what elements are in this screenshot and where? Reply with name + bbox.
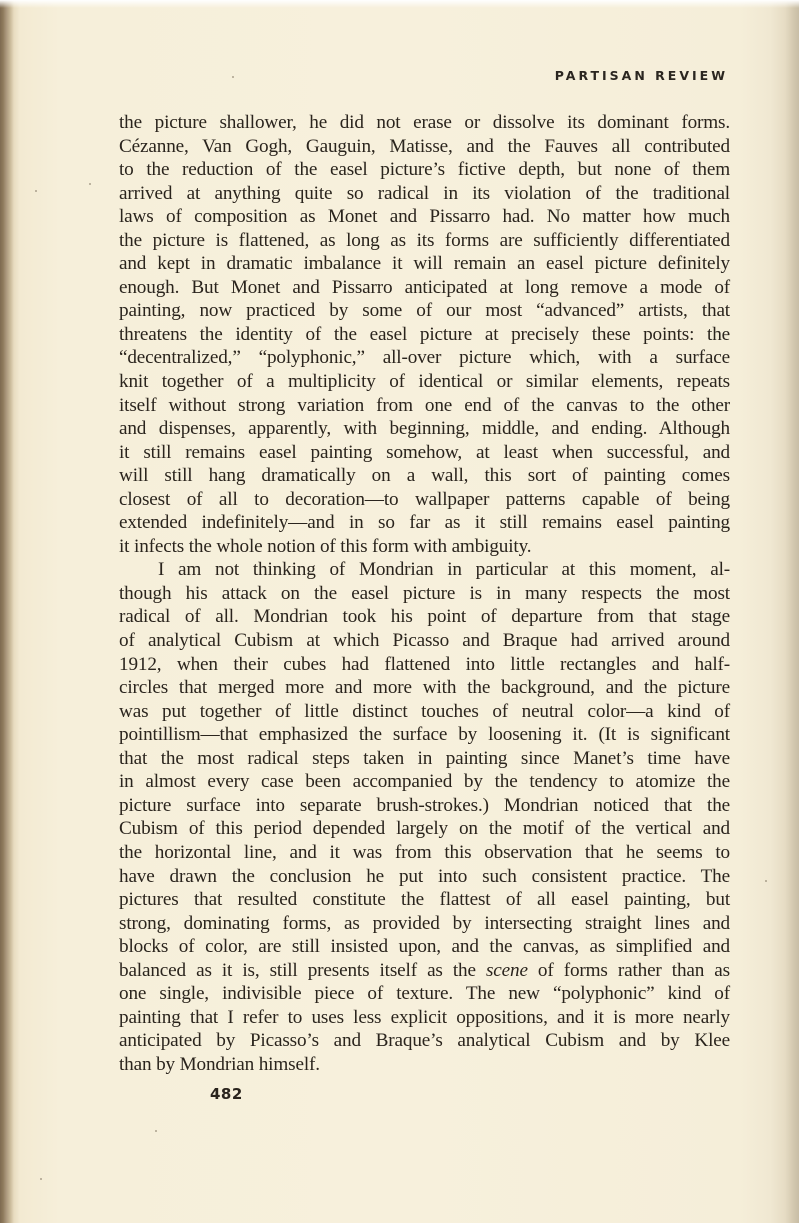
text-line: will still hang dramatically on a wall, … [119,464,730,488]
page-number: 482 [210,1085,243,1103]
text-line: radical of all. Mondrian took his point … [119,605,730,629]
paper-speck [155,1130,157,1132]
paper-speck [765,880,767,882]
running-head: PARTISAN REVIEW [555,68,728,83]
text-line: “decentralized,” “polyphonic,” all-over … [119,346,730,370]
paragraph-2: I am not thinking of Mondrian in particu… [119,558,730,1076]
text-line: knit together of a multiplicity of ident… [119,370,730,394]
text-line: and dispenses, apparently, with beginnin… [119,417,730,441]
text-line: itself without strong variation from one… [119,394,730,418]
text-line: one single, indivisible piece of texture… [119,982,730,1006]
text-line: anticipated by Picasso’s and Braque’s an… [119,1029,730,1053]
paper-speck [232,76,234,78]
body-text: the picture shallower, he did not erase … [119,111,730,1076]
italic-line-before: balanced as it is, still presents itself… [119,960,486,981]
text-line: I am not thinking of Mondrian in particu… [119,558,730,582]
text-line: than by Mondrian himself. [119,1053,730,1077]
text-line: closest of all to decoration—to wallpape… [119,488,730,512]
text-line: Cézanne, Van Gogh, Gauguin, Matisse, and… [119,135,730,159]
page-top-edge [0,0,799,8]
text-line: extended indefinitely—and in so far as i… [119,511,730,535]
text-line: of analytical Cubism at which Picasso an… [119,629,730,653]
text-line: to the reduction of the easel picture’s … [119,158,730,182]
paper-speck [89,183,91,185]
text-line: the picture is flattened, as long as its… [119,229,730,253]
text-line: pointillism—that emphasized the surface … [119,723,730,747]
paper-speck [40,1178,42,1180]
text-line: have drawn the conclusion he put into su… [119,865,730,889]
text-line: strong, dominating forms, as provided by… [119,912,730,936]
italic-line-after: of forms rather than as [528,960,730,981]
text-line-with-italic: balanced as it is, still presents itself… [119,959,730,983]
text-line: painting, now practiced by some of our m… [119,299,730,323]
text-line: pictures that resulted constitute the fl… [119,888,730,912]
italic-word-scene: scene [486,960,528,981]
text-line: that the most radical steps taken in pai… [119,747,730,771]
text-line: threatens the identity of the easel pict… [119,323,730,347]
text-line: it still remains easel painting somehow,… [119,441,730,465]
text-line: was put together of little distinct touc… [119,700,730,724]
text-line: in almost every case been accompanied by… [119,770,730,794]
paper-speck [35,190,37,192]
text-line: 1912, when their cubes had flattened int… [119,653,730,677]
text-line: blocks of color, are still insisted upon… [119,935,730,959]
text-line: enough. But Monet and Pissarro anticipat… [119,276,730,300]
text-line: picture surface into separate brush-stro… [119,794,730,818]
text-line: painting that I refer to uses less expli… [119,1006,730,1030]
text-line: it infects the whole notion of this form… [119,535,730,559]
text-line: and kept in dramatic imbalance it will r… [119,252,730,276]
text-line: laws of composition as Monet and Pissarr… [119,205,730,229]
text-line: though his attack on the easel picture i… [119,582,730,606]
paragraph-1: the picture shallower, he did not erase … [119,111,730,558]
text-line: the picture shallower, he did not erase … [119,111,730,135]
text-line: Cubism of this period depended largely o… [119,817,730,841]
text-line: circles that merged more and more with t… [119,676,730,700]
book-page: PARTISAN REVIEW the picture shallower, h… [0,0,799,1223]
text-line: arrived at anything quite so radical in … [119,182,730,206]
text-line: the horizontal line, and it was from thi… [119,841,730,865]
